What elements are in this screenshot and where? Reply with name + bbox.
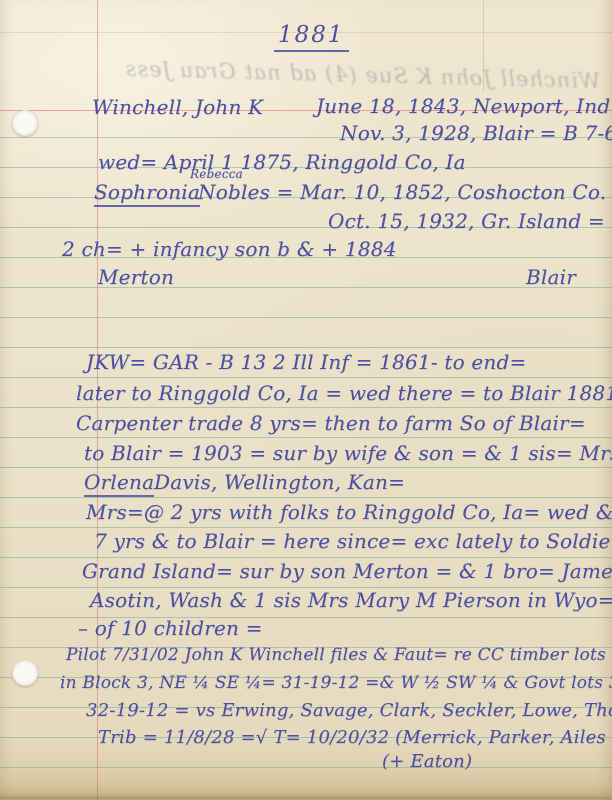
death-date-line: Nov. 3, 1928, Blair = B 7-6 xyxy=(340,121,612,145)
land-record-line-5: (+ Eaton) xyxy=(382,751,472,772)
land-record-line-1: Pilot 7/31/02 John K Winchell files & Fa… xyxy=(66,645,612,665)
punch-hole-bottom xyxy=(12,660,38,686)
bio-line-9: – of 10 children = xyxy=(78,616,263,640)
bio-line-6: 7 yrs & to Blair = here since= exc latel… xyxy=(94,529,612,553)
inserted-name-rebecca: Rebecca xyxy=(190,167,243,181)
bio-line-8: Asotin, Wash & 1 sis Mrs Mary M Pierson … xyxy=(90,588,612,612)
bio-line-3: Carpenter trade 8 yrs= then to farm So o… xyxy=(76,411,586,435)
bio-line-1: JKW= GAR - B 13 2 Ill Inf = 1861- to end… xyxy=(86,350,526,374)
children-count-line: 2 ch= + infancy son b & + 1884 xyxy=(62,237,397,261)
land-record-line-3: 32-19-12 = vs Erwing, Savage, Clark, Sec… xyxy=(86,700,612,721)
spouse-death-line: Oct. 15, 1932, Gr. Island = 7-6 xyxy=(328,209,612,233)
sister-first-name: Orlena xyxy=(84,470,154,497)
year-heading: 1881 xyxy=(274,22,349,52)
birth-date-line: June 18, 1843, Newport, Ind= xyxy=(316,94,612,118)
child-residence-blair: Blair xyxy=(526,265,576,289)
sister-residence-line: Davis, Wellington, Kan= xyxy=(154,470,405,494)
punch-hole-top xyxy=(12,110,38,136)
bio-line-5: Mrs=@ 2 yrs with folks to Ringgold Co, I… xyxy=(86,500,612,524)
bio-line-2: later to Ringgold Co, Ia = wed there = t… xyxy=(76,381,612,405)
ledger-page: 1881 Winchell John K Sue (4) ad nat Grau… xyxy=(0,0,612,800)
land-record-line-2: in Block 3, NE ¼ SE ¼= 31-19-12 =& W ½ S… xyxy=(60,673,612,693)
spouse-birth-line: Nobles = Mar. 10, 1852, Coshocton Co. Oh… xyxy=(198,180,612,204)
bio-line-4: to Blair = 1903 = sur by wife & son = & … xyxy=(84,441,612,465)
subject-name-line: Winchell, John K xyxy=(92,95,263,119)
land-record-line-4: Trib = 11/8/28 =√ T= 10/20/32 (Merrick, … xyxy=(98,727,606,748)
marriage-date-line: wed= April 1 1875, Ringgold Co, Ia xyxy=(98,150,466,174)
spouse-first-name: Sophronia xyxy=(94,180,200,207)
bio-line-7: Grand Island= sur by son Merton = & 1 br… xyxy=(82,559,612,583)
child-name-merton: Merton xyxy=(98,265,174,289)
